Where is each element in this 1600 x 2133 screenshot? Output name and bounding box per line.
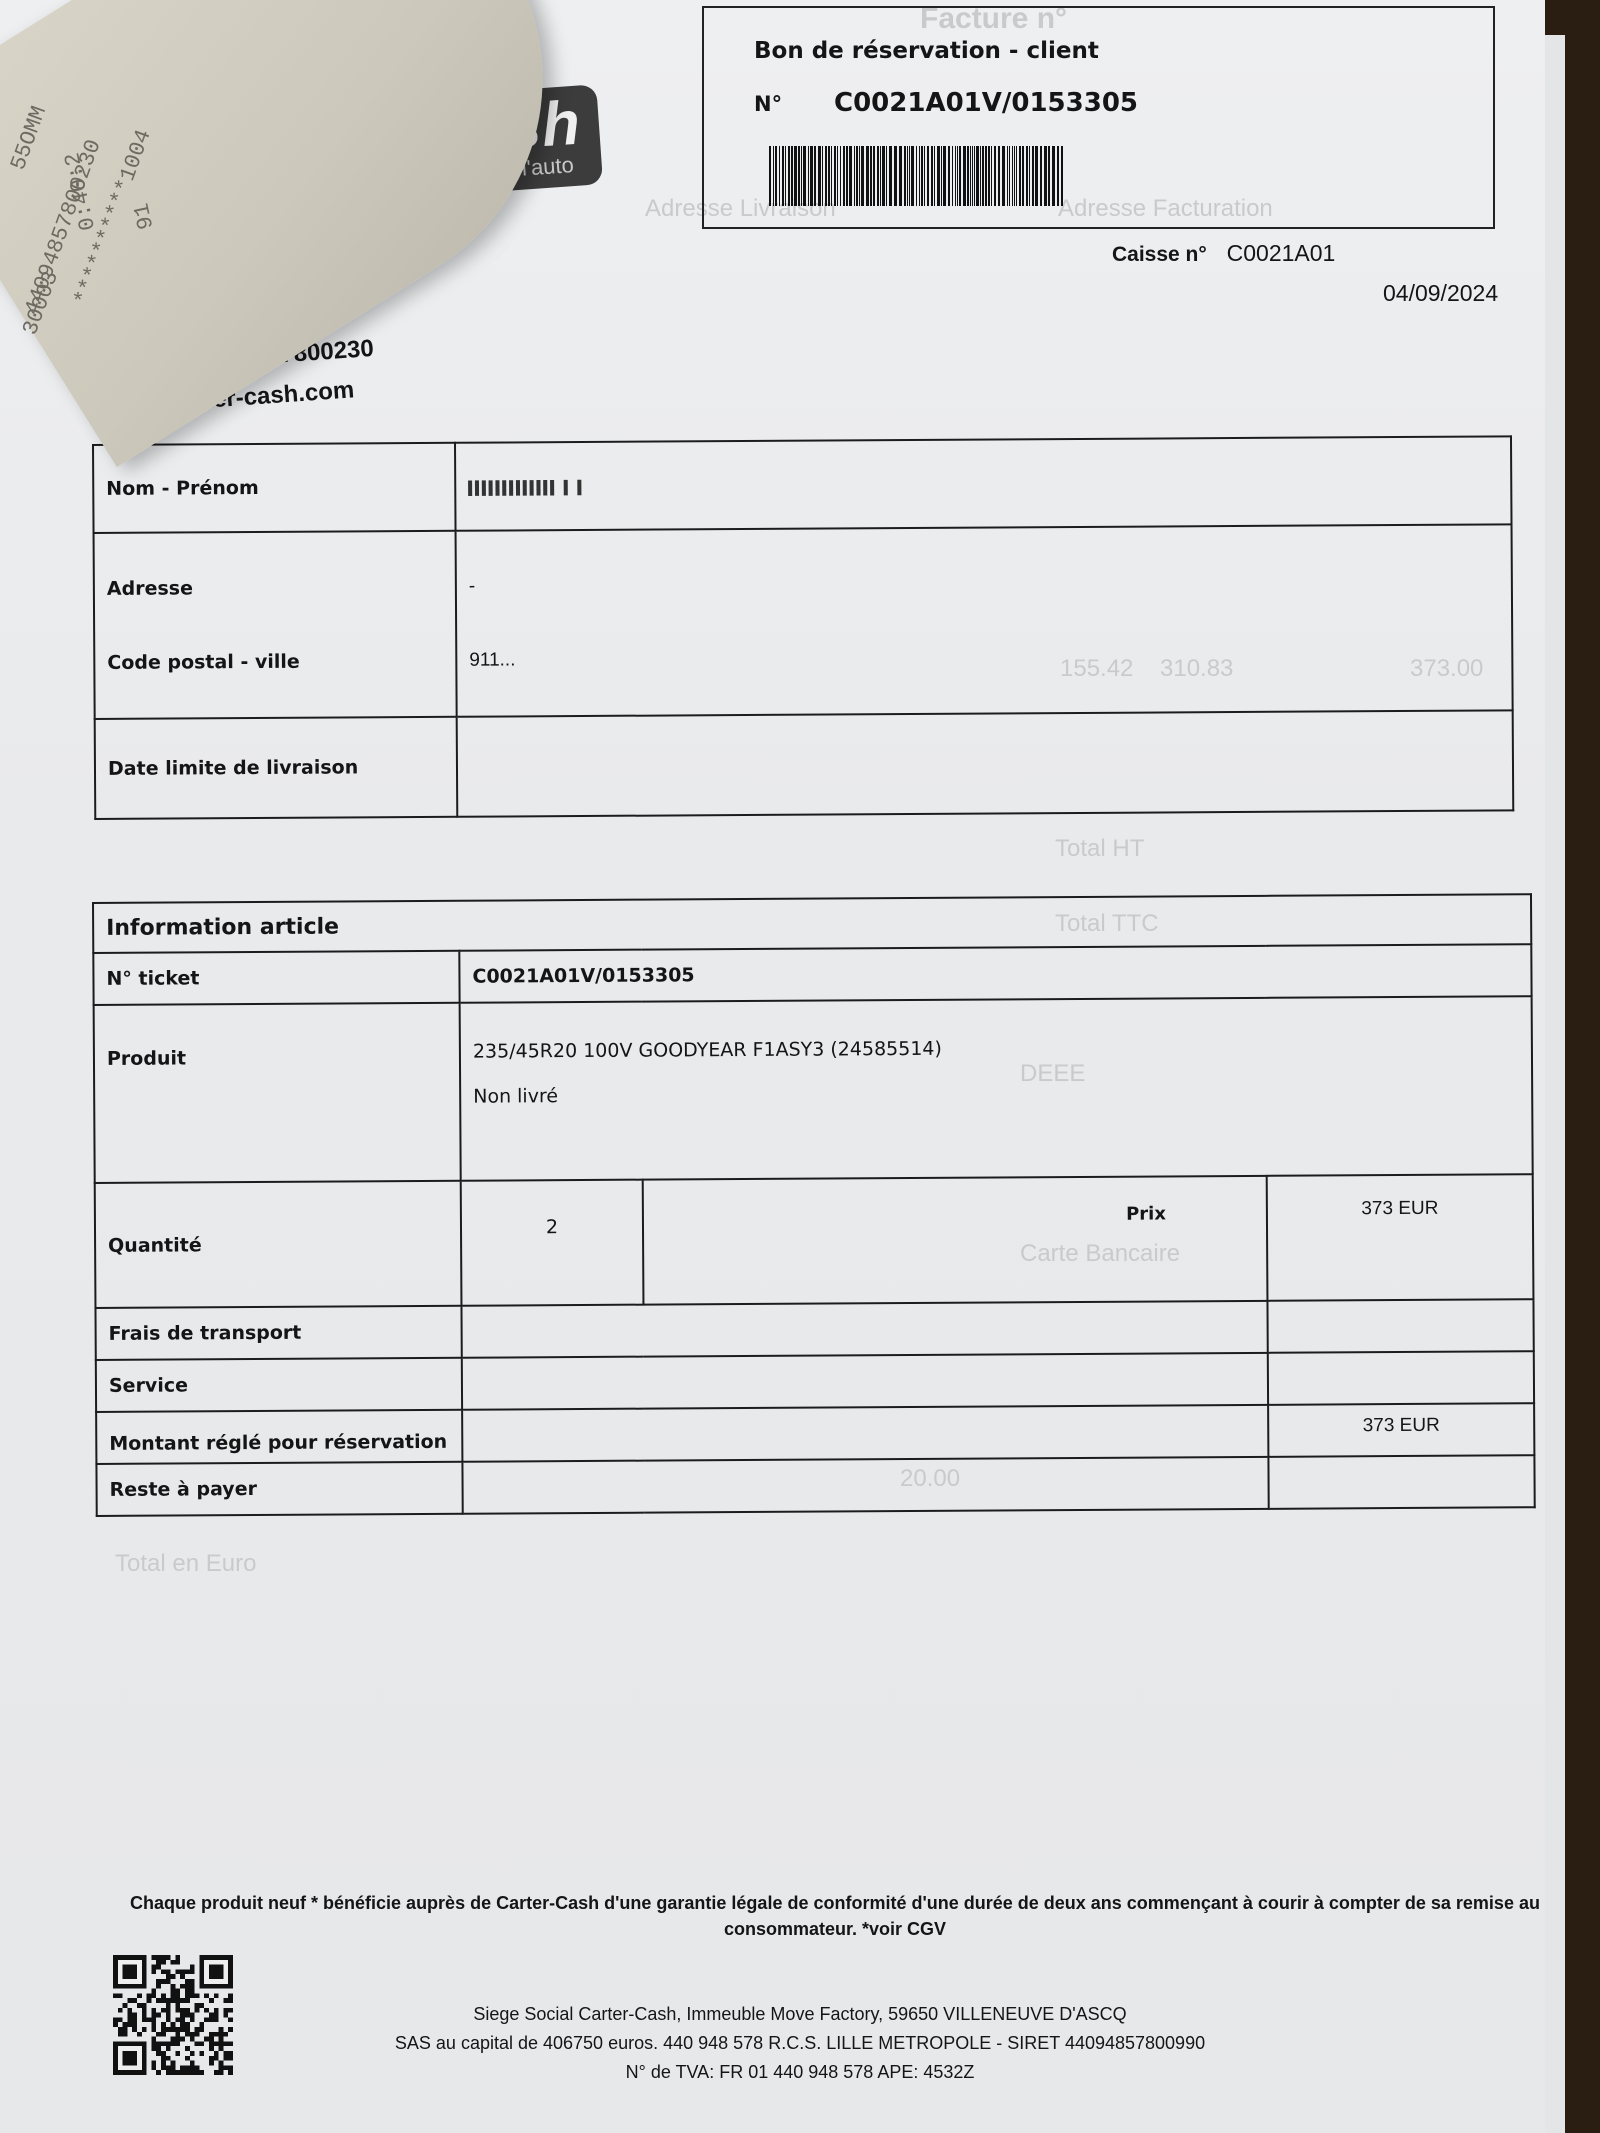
service-value: [1268, 1351, 1534, 1405]
product-label: Produit: [94, 1003, 461, 1183]
reservation-number-label: N°: [754, 92, 782, 116]
warranty-line-2: consommateur. *voir CGV: [105, 1916, 1565, 1942]
customer-table: Nom - Prénom ▌▌▌▌▌▌▌▌▌▌▌▌▌ ▌ ▌ Adresse C…: [92, 435, 1514, 820]
remaining-blank: [462, 1457, 1268, 1514]
bleed-through-label: Total en Euro: [115, 1550, 256, 1578]
reservation-header-box: Bon de réservation - client N° C0021A01V…: [702, 6, 1495, 229]
paid-label: Montant réglé pour réservation: [96, 1410, 462, 1464]
reservation-number: C0021A01V/0153305: [834, 88, 1138, 118]
receipt-line: 91: [129, 201, 159, 232]
product-cell: 235/45R20 100V GOODYEAR F1ASY3 (24585514…: [460, 996, 1533, 1181]
register-value: C0021A01: [1227, 240, 1336, 266]
document-date: 04/09/2024: [1383, 280, 1498, 307]
qr-code[interactable]: [113, 1955, 233, 2075]
legal-info: Siege Social Carter-Cash, Immeuble Move …: [300, 2000, 1300, 2087]
postal-city-value: 911...: [469, 617, 1499, 697]
customer-row-address: Adresse Code postal - ville - 911...: [94, 524, 1513, 719]
product-name: 235/45R20 100V GOODYEAR F1ASY3 (24585514…: [473, 1023, 1519, 1074]
document-title: Bon de réservation - client: [754, 38, 1099, 64]
price-value: 373 EUR: [1267, 1174, 1534, 1301]
transport-value: [1267, 1299, 1533, 1353]
customer-row-delivery-deadline: Date limite de livraison: [95, 710, 1514, 819]
delivery-deadline-label: Date limite de livraison: [95, 717, 458, 819]
paid-blank: [462, 1405, 1268, 1462]
register-label: Caisse n°: [1112, 243, 1207, 266]
remaining-value: [1268, 1455, 1534, 1509]
warranty-line-1: Chaque produit neuf * bénéficie auprès d…: [105, 1890, 1565, 1916]
quantity-label: Quantité: [95, 1181, 462, 1308]
transport-label: Frais de transport: [95, 1306, 461, 1360]
warranty-notice: Chaque produit neuf * bénéficie auprès d…: [105, 1890, 1565, 1942]
quantity-value: 2: [461, 1180, 644, 1306]
address-label: Adresse: [107, 550, 443, 626]
product-status: Non livré: [473, 1068, 1519, 1119]
delivery-deadline-value: [457, 710, 1514, 816]
legal-line-2: SAS au capital de 406750 euros. 440 948 …: [300, 2029, 1300, 2058]
transport-blank: [461, 1301, 1267, 1358]
remaining-label: Reste à payer: [96, 1462, 462, 1516]
ticket-value: C0021A01V/0153305: [459, 944, 1531, 1003]
article-section-title: Information article: [93, 894, 1531, 953]
service-label: Service: [96, 1358, 462, 1412]
article-table: Information article N° ticket C0021A01V/…: [92, 893, 1536, 1517]
name-value: ▌▌▌▌▌▌▌▌▌▌▌▌▌ ▌ ▌: [455, 436, 1512, 530]
bleed-through-label: Total HT: [1055, 835, 1144, 863]
legal-line-1: Siege Social Carter-Cash, Immeuble Move …: [300, 2000, 1300, 2029]
register-info: Caisse n° C0021A01: [1112, 240, 1335, 267]
redacted-name: ▌▌▌▌▌▌▌▌▌▌▌▌▌ ▌ ▌: [468, 481, 584, 497]
postal-city-label: Code postal - ville: [107, 624, 443, 700]
reservation-document: Facture n° Adresse Livraison Adresse Fac…: [0, 0, 1545, 2133]
customer-row-name: Nom - Prénom ▌▌▌▌▌▌▌▌▌▌▌▌▌ ▌ ▌: [93, 436, 1512, 533]
paid-value: 373 EUR: [1268, 1403, 1534, 1457]
price-label: Prix: [643, 1176, 1268, 1305]
address-value: -: [469, 543, 1499, 623]
ticket-label: N° ticket: [93, 951, 459, 1005]
legal-line-3: N° de TVA: FR 01 440 948 578 APE: 4532Z: [300, 2058, 1300, 2087]
address-values: - 911...: [456, 524, 1513, 716]
service-blank: [462, 1353, 1268, 1410]
barcode: [769, 146, 1069, 206]
address-labels: Adresse Code postal - ville: [94, 531, 457, 719]
name-label: Nom - Prénom: [93, 443, 456, 533]
